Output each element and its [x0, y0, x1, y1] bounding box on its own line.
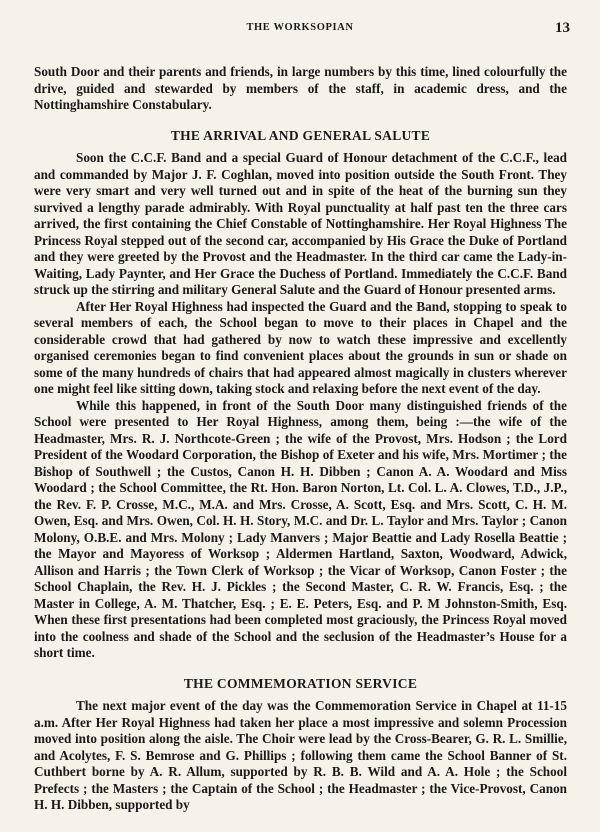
section-heading-arrival: THE ARRIVAL AND GENERAL SALUTE — [34, 128, 567, 145]
opening-paragraph: South Door and their parents and friends… — [34, 64, 567, 114]
paragraph: Soon the C.C.F. Band and a special Guard… — [34, 150, 567, 299]
section-heading-commemoration: THE COMMEMORATION SERVICE — [34, 676, 567, 693]
paragraph: After Her Royal Highness had inspected t… — [34, 299, 567, 398]
book-page: THE WORKSOPIAN 13 South Door and their p… — [0, 0, 600, 832]
article-body: South Door and their parents and friends… — [34, 64, 567, 814]
paragraph: While this happened, in front of the Sou… — [34, 398, 567, 662]
paragraph: The next major event of the day was the … — [34, 698, 567, 814]
page-number: 13 — [555, 20, 570, 37]
running-title: THE WORKSOPIAN — [0, 22, 600, 33]
running-head: THE WORKSOPIAN 13 — [0, 20, 600, 40]
